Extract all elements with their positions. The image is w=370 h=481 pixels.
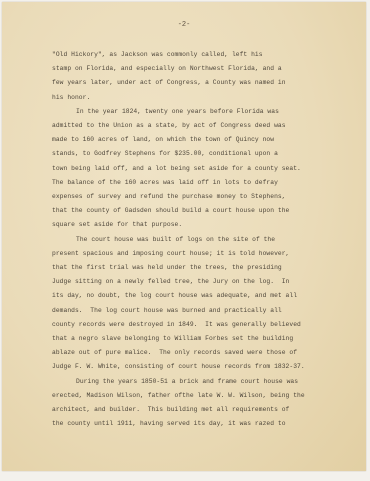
text-line: square set aside for that purpose. bbox=[52, 218, 342, 232]
text-line: Judge F. W. White, consisting of court h… bbox=[52, 360, 342, 374]
text-line: ablaze out of pure malice. The only reco… bbox=[52, 346, 342, 360]
text-line: town being laid off, and a lot being set… bbox=[52, 162, 342, 176]
text-line: The court house was built of logs on the… bbox=[52, 233, 342, 247]
text-line: Judge sitting on a newly felled tree, th… bbox=[52, 275, 342, 289]
text-line: expenses of survey and refund the purcha… bbox=[52, 190, 342, 204]
text-line: stands, to Godfrey Stephens for $235.00,… bbox=[52, 147, 342, 161]
page-number: -2- bbox=[2, 21, 366, 29]
text-line: In the year 1824, twenty one years befor… bbox=[52, 105, 342, 119]
text-line: that the county of Gadsden should build … bbox=[52, 204, 342, 218]
text-line: admitted to the Union as a state, by act… bbox=[52, 119, 342, 133]
text-line: his honor. bbox=[52, 91, 342, 105]
text-line: that the first trial was held under the … bbox=[52, 261, 342, 275]
text-line: erected, Madison Wilson, father ofthe la… bbox=[52, 389, 342, 403]
text-line: stamp on Florida, and especially on Nort… bbox=[52, 62, 342, 76]
text-line: demands. The log court house was burned … bbox=[52, 304, 342, 318]
text-line: made to 160 acres of land, on which the … bbox=[52, 133, 342, 147]
text-line: "Old Hickory", as Jackson was commonly c… bbox=[52, 48, 342, 62]
text-line: During the years 1850-51 a brick and fra… bbox=[52, 375, 342, 389]
text-line: architect, and builder. This building me… bbox=[52, 403, 342, 417]
text-line: present spacious and imposing court hous… bbox=[52, 247, 342, 261]
text-line: few years later, under act of Congress, … bbox=[52, 76, 342, 90]
text-line: the county until 1911, having served its… bbox=[52, 417, 342, 431]
text-line: county records were destroyed in 1849. I… bbox=[52, 318, 342, 332]
text-line: The balance of the 160 acres was laid of… bbox=[52, 176, 342, 190]
text-line: that a negro slave belonging to William … bbox=[52, 332, 342, 346]
document-body: "Old Hickory", as Jackson was commonly c… bbox=[52, 48, 342, 431]
text-line: its day, no doubt, the log court house w… bbox=[52, 289, 342, 303]
document-page: -2- "Old Hickory", as Jackson was common… bbox=[2, 2, 366, 471]
